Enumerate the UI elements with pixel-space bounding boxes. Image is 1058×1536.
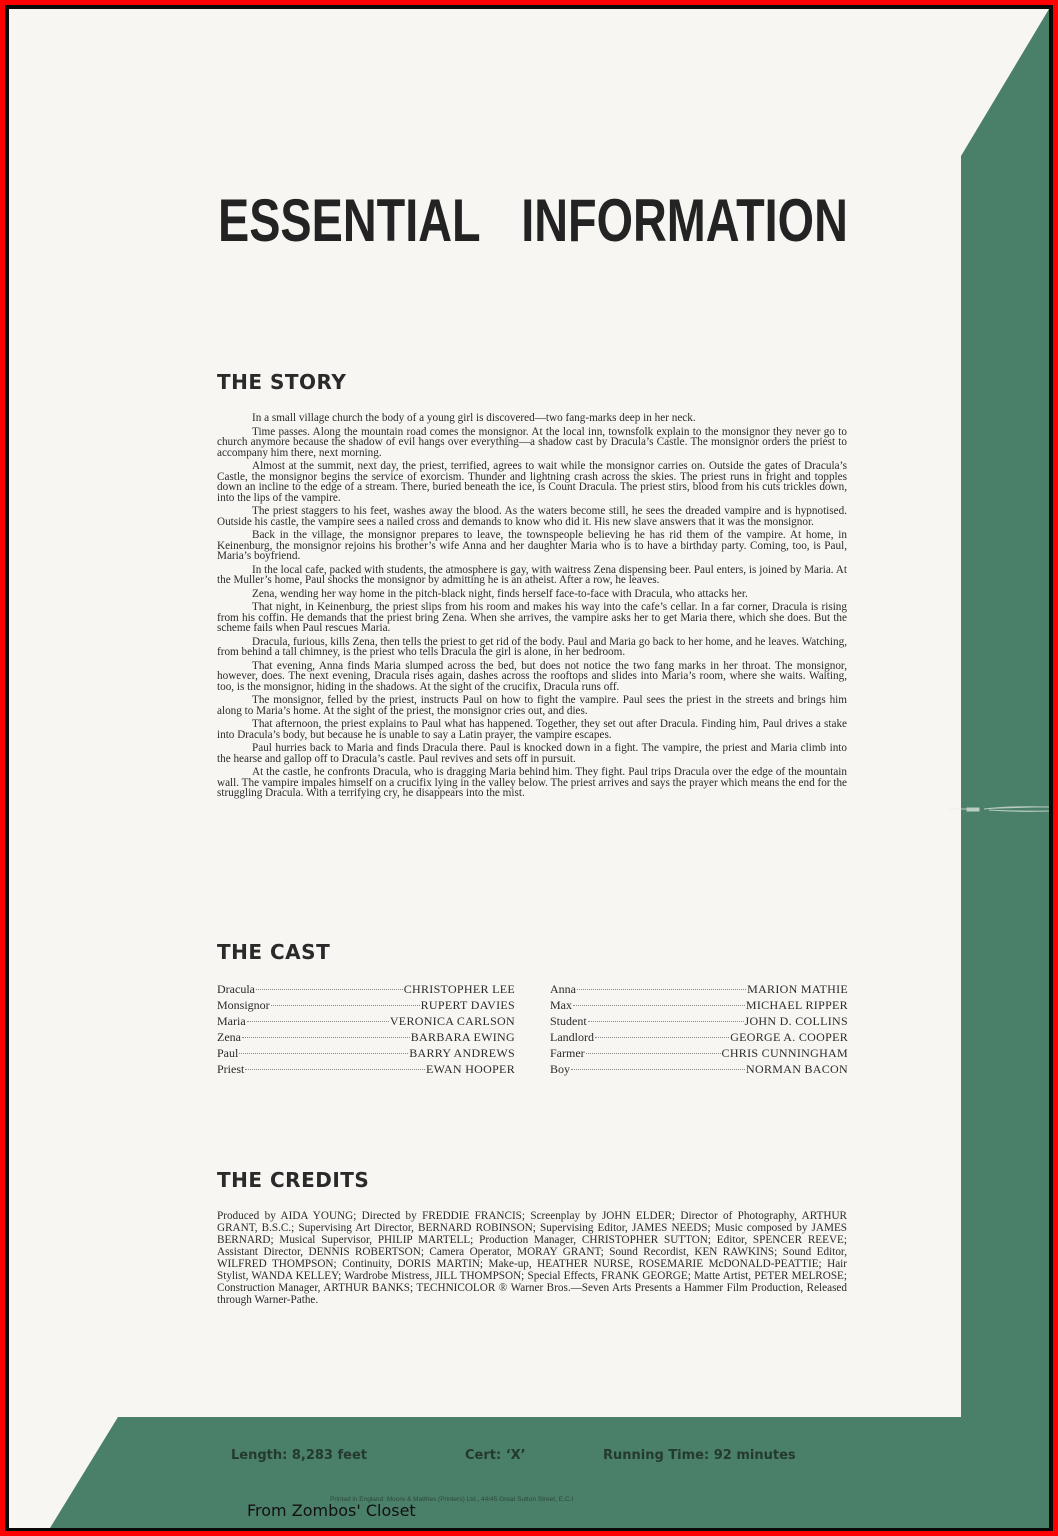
running-time: Running Time: 92 minutes bbox=[603, 1448, 796, 1463]
film-certificate: Cert: ‘X’ bbox=[465, 1448, 526, 1463]
credits-heading: THE CREDITS bbox=[217, 1168, 369, 1192]
story-paragraph: That evening, Anna finds Maria slumped a… bbox=[217, 661, 847, 693]
story-heading: THE STORY bbox=[217, 370, 346, 394]
cast-actor: BARBARA EWING bbox=[411, 1030, 515, 1045]
cast-heading: THE CAST bbox=[217, 940, 330, 964]
cast-row: MariaVERONICA CARLSON bbox=[217, 1014, 515, 1030]
cast-row: MonsignorRUPERT DAVIES bbox=[217, 998, 515, 1014]
cast-row: BoyNORMAN BACON bbox=[550, 1062, 848, 1078]
story-paragraph: Paul hurries back to Maria and finds Dra… bbox=[217, 743, 847, 764]
title-word-information: INFORMATION bbox=[521, 187, 848, 254]
cast-list-left: DraculaCHRISTOPHER LEEMonsignorRUPERT DA… bbox=[217, 982, 515, 1078]
story-paragraph: That afternoon, the priest explains to P… bbox=[217, 719, 847, 740]
dot-leader bbox=[573, 1005, 745, 1006]
cast-row: PaulBARRY ANDREWS bbox=[217, 1046, 515, 1062]
page-title: ESSENTIALINFORMATION bbox=[218, 186, 848, 256]
cast-actor: MICHAEL RIPPER bbox=[746, 998, 848, 1013]
cast-role: Priest bbox=[217, 1062, 244, 1077]
story-paragraph: In the local cafe, packed with students,… bbox=[217, 565, 847, 586]
cast-actor: BARRY ANDREWS bbox=[409, 1046, 515, 1061]
dot-leader bbox=[271, 1005, 420, 1006]
cast-role: Anna bbox=[550, 982, 576, 997]
dot-leader bbox=[239, 1053, 408, 1054]
dot-leader bbox=[595, 1037, 729, 1038]
cast-row: MaxMICHAEL RIPPER bbox=[550, 998, 848, 1014]
story-paragraph: Almost at the summit, next day, the prie… bbox=[217, 461, 847, 503]
cast-role: Boy bbox=[550, 1062, 570, 1077]
dot-leader bbox=[586, 1053, 721, 1054]
dot-leader bbox=[242, 1037, 410, 1038]
story-paragraph: Time passes. Along the mountain road com… bbox=[217, 427, 847, 459]
cast-row: DraculaCHRISTOPHER LEE bbox=[217, 982, 515, 998]
cast-role: Student bbox=[550, 1014, 587, 1029]
cast-role: Farmer bbox=[550, 1046, 585, 1061]
story-paragraph: In a small village church the body of a … bbox=[217, 413, 847, 424]
cast-role: Landlord bbox=[550, 1030, 594, 1045]
dot-leader bbox=[577, 989, 746, 990]
cast-row: ZenaBARBARA EWING bbox=[217, 1030, 515, 1046]
fold-crease-mark bbox=[949, 806, 1049, 812]
cast-role: Dracula bbox=[217, 982, 255, 997]
cast-actor: CHRISTOPHER LEE bbox=[404, 982, 515, 997]
cast-actor: EWAN HOOPER bbox=[426, 1062, 515, 1077]
cast-row: PriestEWAN HOOPER bbox=[217, 1062, 515, 1078]
credits-body: Produced by AIDA YOUNG; Directed by FRED… bbox=[217, 1210, 847, 1306]
cast-role: Paul bbox=[217, 1046, 238, 1061]
cast-actor: CHRIS CUNNINGHAM bbox=[722, 1046, 848, 1061]
cast-role: Zena bbox=[217, 1030, 241, 1045]
story-paragraph: Zena, wending her way home in the pitch-… bbox=[217, 589, 847, 600]
cast-list-right: AnnaMARION MATHIEMaxMICHAEL RIPPERStuden… bbox=[550, 982, 848, 1078]
story-paragraph: Back in the village, the monsignor prepa… bbox=[217, 530, 847, 562]
story-paragraph: That night, in Keinenburg, the priest sl… bbox=[217, 602, 847, 634]
cast-actor: RUPERT DAVIES bbox=[421, 998, 515, 1013]
cast-actor: GEORGE A. COOPER bbox=[730, 1030, 848, 1045]
dot-leader bbox=[245, 1069, 425, 1070]
dot-leader bbox=[571, 1069, 745, 1070]
cast-row: LandlordGEORGE A. COOPER bbox=[550, 1030, 848, 1046]
title-word-essential: ESSENTIAL bbox=[218, 187, 481, 254]
dot-leader bbox=[588, 1021, 744, 1022]
source-watermark: From Zombos' Closet bbox=[247, 1501, 416, 1520]
cast-actor: JOHN D. COLLINS bbox=[745, 1014, 849, 1029]
dot-leader bbox=[247, 1021, 389, 1022]
cast-role: Maria bbox=[217, 1014, 246, 1029]
film-length: Length: 8,283 feet bbox=[231, 1448, 367, 1463]
story-paragraph: At the castle, he confronts Dracula, who… bbox=[217, 767, 847, 799]
document-page: ESSENTIALINFORMATION THE STORY In a smal… bbox=[9, 9, 1049, 1528]
cast-row: FarmerCHRIS CUNNINGHAM bbox=[550, 1046, 848, 1062]
cast-actor: MARION MATHIE bbox=[747, 982, 848, 997]
cast-role: Max bbox=[550, 998, 572, 1013]
story-body: In a small village church the body of a … bbox=[217, 413, 847, 802]
cast-actor: NORMAN BACON bbox=[746, 1062, 848, 1077]
story-paragraph: The monsignor, felled by the priest, ins… bbox=[217, 695, 847, 716]
story-paragraph: Dracula, furious, kills Zena, then tells… bbox=[217, 637, 847, 658]
cast-row: StudentJOHN D. COLLINS bbox=[550, 1014, 848, 1030]
cast-actor: VERONICA CARLSON bbox=[390, 1014, 515, 1029]
story-paragraph: The priest staggers to his feet, washes … bbox=[217, 506, 847, 527]
dot-leader bbox=[256, 989, 403, 990]
cast-role: Monsignor bbox=[217, 998, 270, 1013]
cast-row: AnnaMARION MATHIE bbox=[550, 982, 848, 998]
